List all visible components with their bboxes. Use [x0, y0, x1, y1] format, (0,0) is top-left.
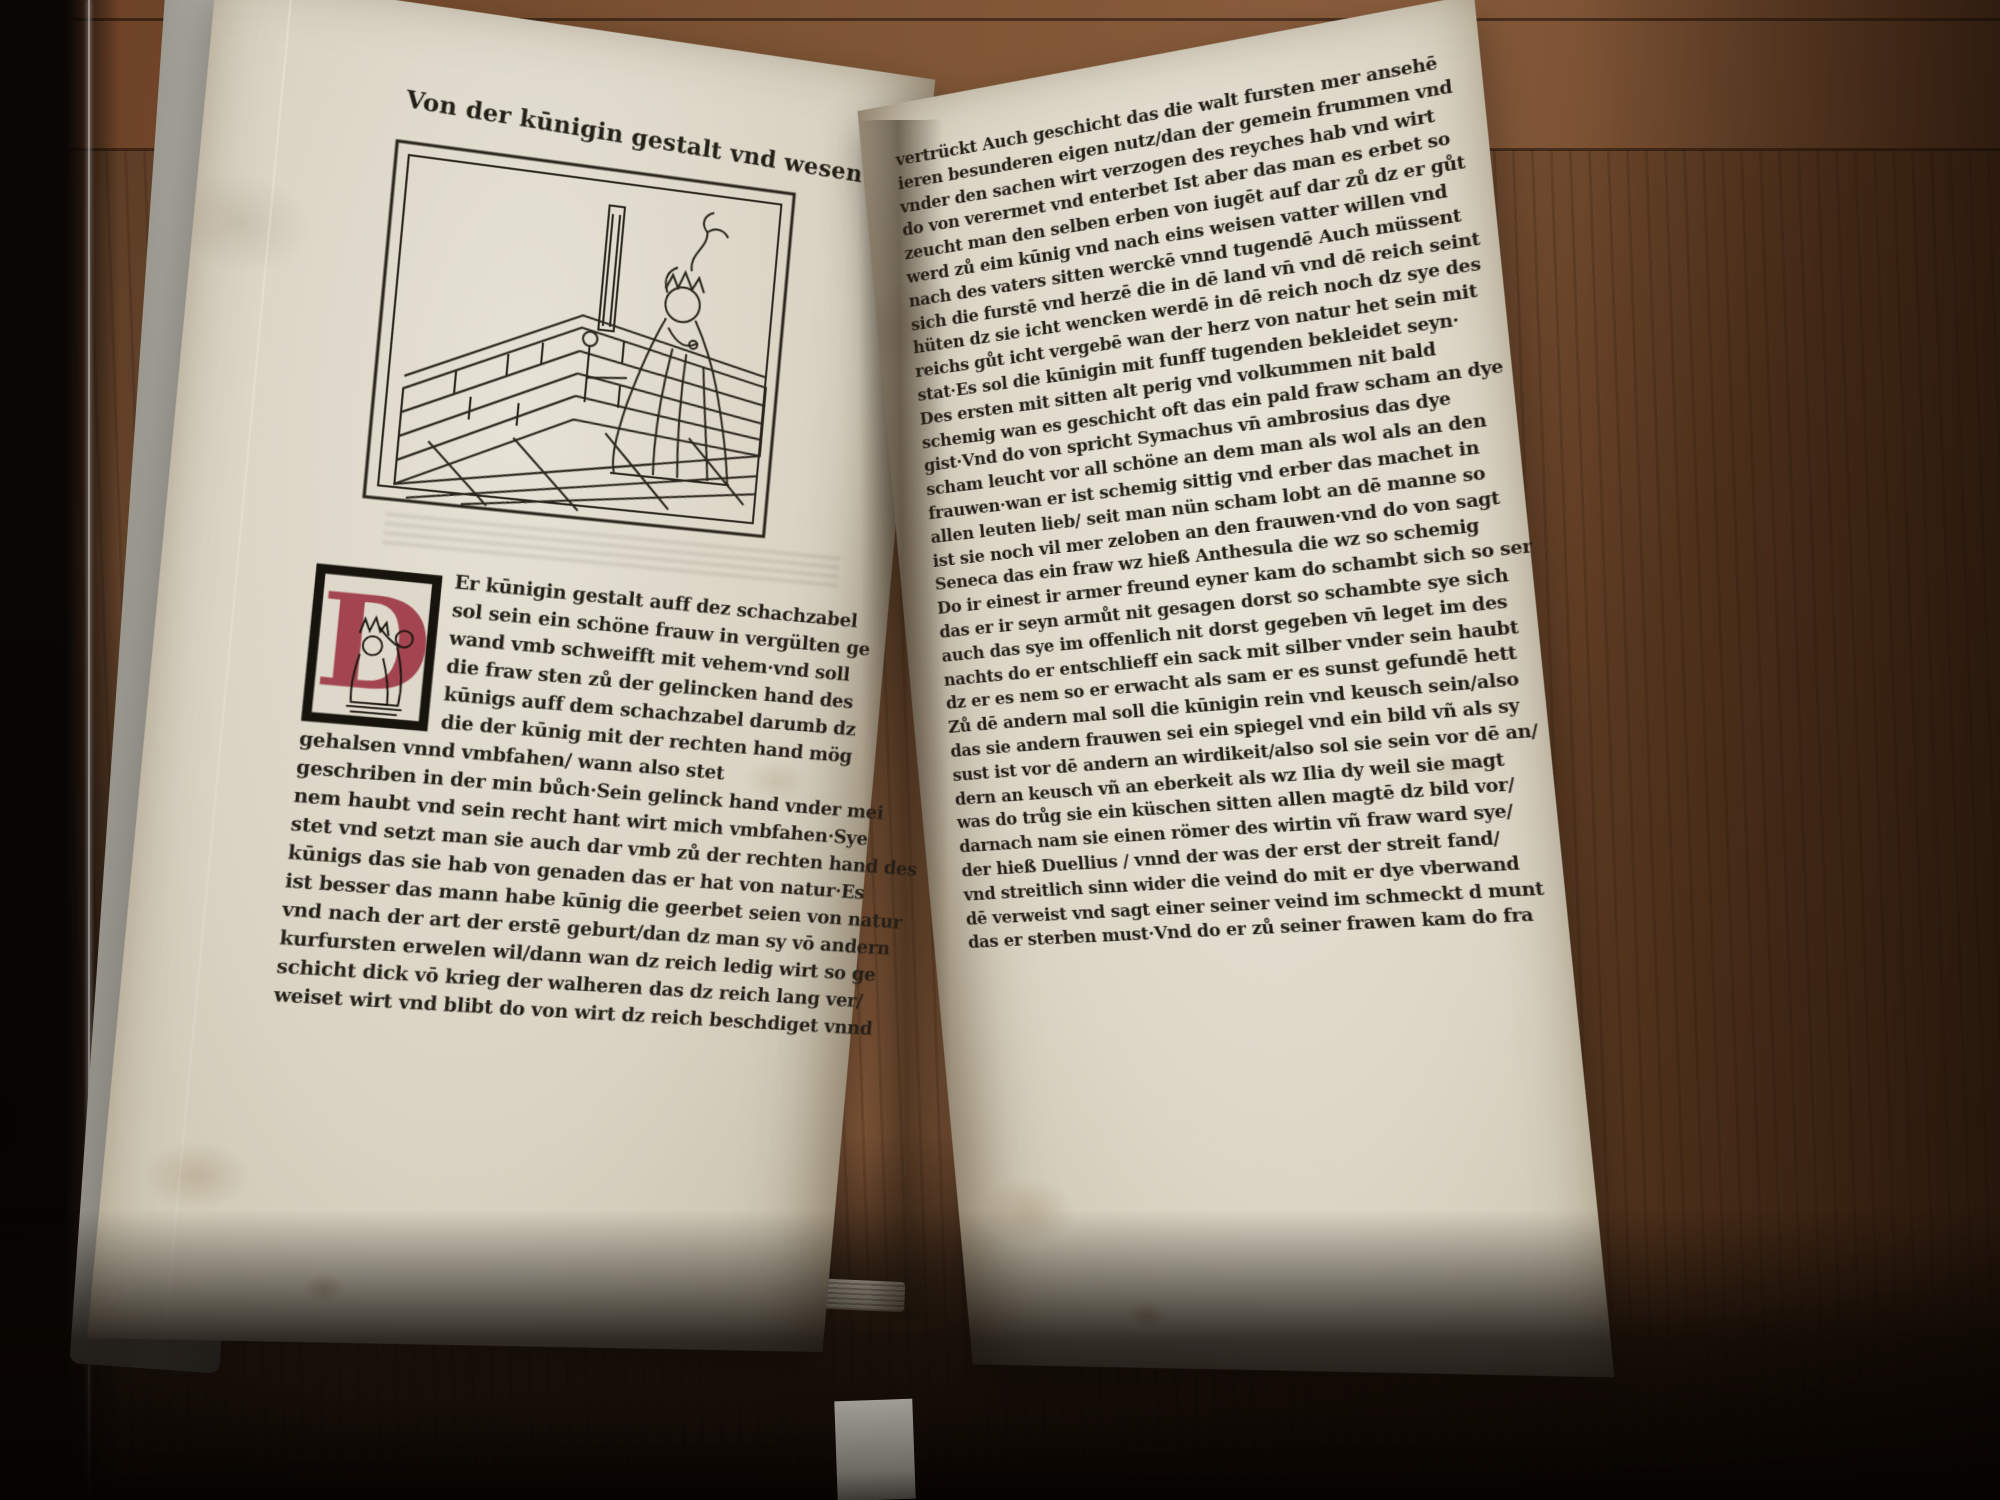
left-page-text-block: D [272, 555, 875, 1041]
throne [571, 204, 753, 486]
right-page: vertrückt Auch geschicht das die walt fu… [858, 0, 1615, 1377]
queen-enthroned-woodcut [358, 135, 799, 542]
open-book: Von der kūnigin gestalt vnd wesen· [150, 40, 1610, 1470]
initial-figures [301, 563, 442, 731]
museum-book-photo: Von der kūnigin gestalt vnd wesen· [0, 0, 2000, 1500]
historiated-initial-D: D [301, 563, 442, 731]
left-page: Von der kūnigin gestalt vnd wesen· [87, 0, 935, 1352]
right-page-text-block: vertrückt Auch geschicht das die walt fu… [895, 49, 1542, 956]
wood-shadow-right [1580, 0, 2000, 1500]
book-cradle-support [834, 1399, 915, 1500]
